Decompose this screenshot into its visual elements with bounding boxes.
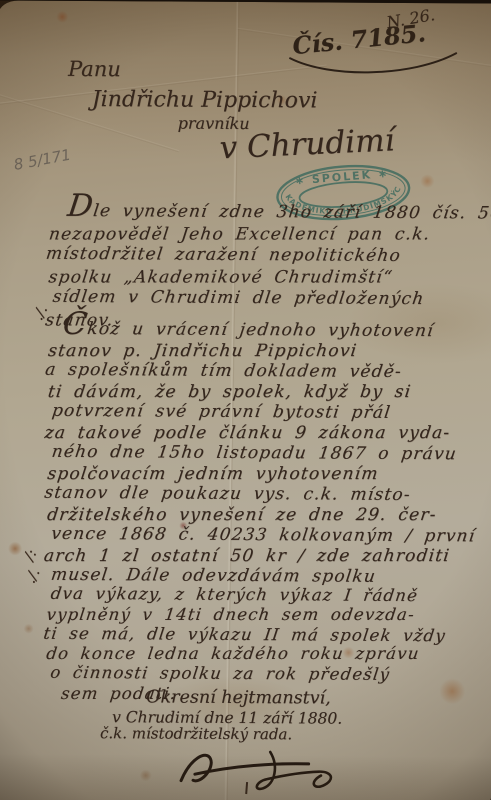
manuscript-line: a spolešníkům tím dokladem vědě- — [44, 360, 478, 383]
manuscript-line: spolku „Akademikové Chrudimští“ — [47, 267, 491, 288]
manuscript-line: Čkož u vrácení jednoho vyhotovení — [51, 319, 478, 342]
manuscript-line: stanov dle poukazu vys. c.k. místo- — [43, 483, 477, 506]
salutation: Panu — [68, 57, 121, 81]
margin-reference-mark: /: — [20, 546, 41, 563]
manuscript-line: za takové podle článku 9 zákona vyda- — [43, 423, 477, 443]
manuscript-line: do konce ledna každého roku zprávu — [45, 644, 447, 664]
manuscript-line: spolčovacím jedním vyhotovením — [46, 464, 477, 484]
addressee-city: v Chrudimí — [219, 122, 395, 166]
paragraph-2: Čkož u vrácení jednoho vyhotovení stanov… — [51, 319, 477, 588]
manuscript-line: nezapověděl Jeho Excellencí pan c.k. — [48, 224, 491, 245]
addressee-name: Jindřichu Pippichovi — [92, 87, 318, 113]
manuscript-line: dva výkazy, z kterých výkaz I řádně — [50, 584, 448, 606]
manuscript-line: sídlem v Chrudimi dle předložených — [51, 287, 491, 311]
paragraph-3: dva výkazy, z kterých výkaz I řádně vypl… — [50, 584, 446, 705]
aged-paper-sheet: N. 26. Čís. 7185. Panu Jindřichu Pippich… — [0, 0, 491, 800]
manuscript-line: místodržitel zaražení nepolitického — [45, 244, 491, 268]
manuscript-line: o činnosti spolku za rok předešlý — [49, 663, 447, 685]
signer-title: č.k. místodržitelský rada. — [100, 724, 292, 743]
manuscript-line: stanov p. Jindřichu Pippichovi — [47, 341, 478, 361]
paragraph-1: Dle vynešení zdne 3ho září 1880 čís. 507… — [52, 201, 491, 333]
manuscript-line: Dle vynešení zdne 3ho září 1880 čís. 507… — [52, 201, 491, 225]
photograph-of-document: N. 26. Čís. 7185. Panu Jindřichu Pippich… — [0, 0, 491, 800]
manuscript-line: ti dávám, že by spolek, když by si — [47, 382, 478, 402]
manuscript-line: potvrzení své právní bytosti přál — [51, 401, 478, 424]
manuscript-line: držitelského vynešení ze dne 29. čer- — [46, 505, 477, 525]
manuscript-line: vyplněný v 14ti dnech sem odevzda- — [45, 605, 447, 625]
pen-flourish-underline — [286, 50, 462, 81]
pencil-archive-note: 8 5/171 — [12, 146, 72, 174]
manuscript-line: ného dne 15ho listopadu 1867 o právu — [50, 442, 477, 465]
manuscript-line: ti se má, dle výkazu II má spolek vždy — [42, 623, 447, 645]
manuscript-line: vence 1868 č. 40233 kolkovaným / první — [50, 524, 477, 547]
issuing-office: Okresní hejtmanství, — [146, 687, 331, 708]
manuscript-line: arch 1 zl ostatní 50 kr / zde zahroditi — [43, 546, 477, 566]
margin-reference-mark: ./. — [21, 565, 44, 586]
signature-flourish — [166, 739, 367, 799]
